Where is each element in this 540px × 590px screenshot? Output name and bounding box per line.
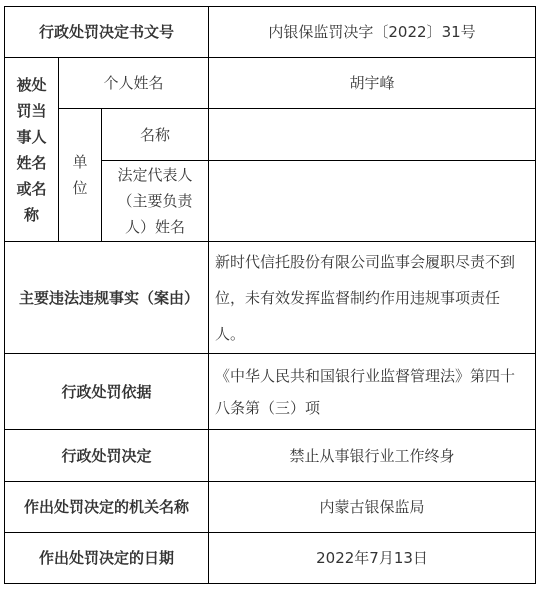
row-doc-number: 行政处罚决定书文号 内银保监罚决字〔2022〕31号 [5,7,536,58]
authority-label: 作出处罚决定的机关名称 [5,482,209,533]
decision-value: 禁止从事银行业工作终身 [209,430,536,482]
party-label-line: 被处 [16,76,46,94]
date-value: 2022年7月13日 [209,533,536,584]
individual-name-label: 个人姓名 [59,58,209,109]
facts-label: 主要违法违规事实（案由） [5,242,209,354]
doc-number-label: 行政处罚决定书文号 [5,7,209,58]
party-group-label: 被处 罚当 事人 姓名 或名 称 [5,58,59,242]
row-basis: 行政处罚依据 《中华人民共和国银行业监督管理法》第四十八条第（三）项 [5,354,536,430]
entity-label-line: 位 [72,179,87,197]
entity-name-value [209,109,536,161]
legal-rep-label: 法定代表人（主要负责人）姓名 [102,161,209,242]
row-entity-name: 单 位 名称 [5,109,536,161]
party-label-line: 称 [24,206,39,224]
party-label-line: 事人 [16,128,46,146]
entity-label-line: 单 [72,153,87,171]
basis-value: 《中华人民共和国银行业监督管理法》第四十八条第（三）项 [209,354,536,430]
individual-name-value: 胡宇峰 [209,58,536,109]
party-label-line: 罚当 [16,102,46,120]
authority-value: 内蒙古银保监局 [209,482,536,533]
party-label-line: 姓名 [16,154,46,172]
row-facts: 主要违法违规事实（案由） 新时代信托股份有限公司监事会履职尽责不到位，未有效发挥… [5,242,536,354]
row-authority: 作出处罚决定的机关名称 内蒙古银保监局 [5,482,536,533]
row-date: 作出处罚决定的日期 2022年7月13日 [5,533,536,584]
legal-rep-value [209,161,536,242]
party-label-line: 或名 [16,180,46,198]
entity-label: 单 位 [59,109,102,242]
row-individual-name: 被处 罚当 事人 姓名 或名 称 个人姓名 胡宇峰 [5,58,536,109]
decision-label: 行政处罚决定 [5,430,209,482]
doc-number-value: 内银保监罚决字〔2022〕31号 [209,7,536,58]
basis-label: 行政处罚依据 [5,354,209,430]
row-decision: 行政处罚决定 禁止从事银行业工作终身 [5,430,536,482]
facts-value: 新时代信托股份有限公司监事会履职尽责不到位，未有效发挥监督制约作用违规事项责任人… [209,242,536,354]
date-label: 作出处罚决定的日期 [5,533,209,584]
penalty-decision-table: 行政处罚决定书文号 内银保监罚决字〔2022〕31号 被处 罚当 事人 姓名 或… [4,6,536,584]
entity-name-label: 名称 [102,109,209,161]
